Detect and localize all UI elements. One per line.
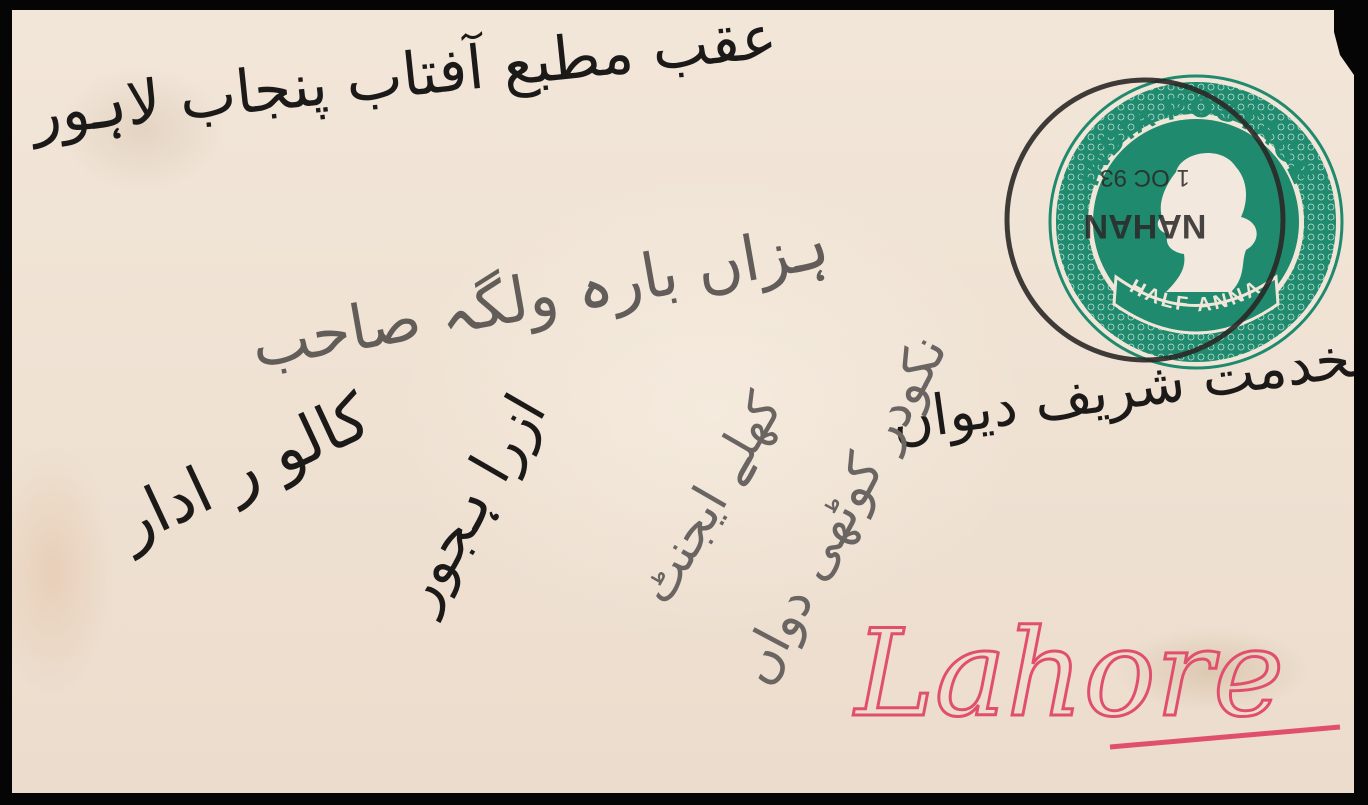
postmark: NAHAN 1 OC 93 (995, 70, 1315, 370)
postmark-town: NAHAN (1084, 207, 1207, 245)
urdu-address-line-1: عقب مطبع آفتاب پنجاب لاہور (28, 2, 780, 150)
urdu-address-line-4: کالو ر ادار (106, 380, 381, 561)
postmark-date: 1 OC 93 (1100, 164, 1189, 191)
urdu-address-line-5: ازرا ہجور (383, 383, 560, 621)
urdu-address-line-2: ہزاں بارہ ولگہ صاحب (246, 209, 835, 382)
destination-handwriting: Lahore (835, 585, 1355, 765)
urdu-address-line-6: کھلے ایجنٹ (627, 383, 794, 614)
destination-text: Lahore (853, 605, 1284, 744)
